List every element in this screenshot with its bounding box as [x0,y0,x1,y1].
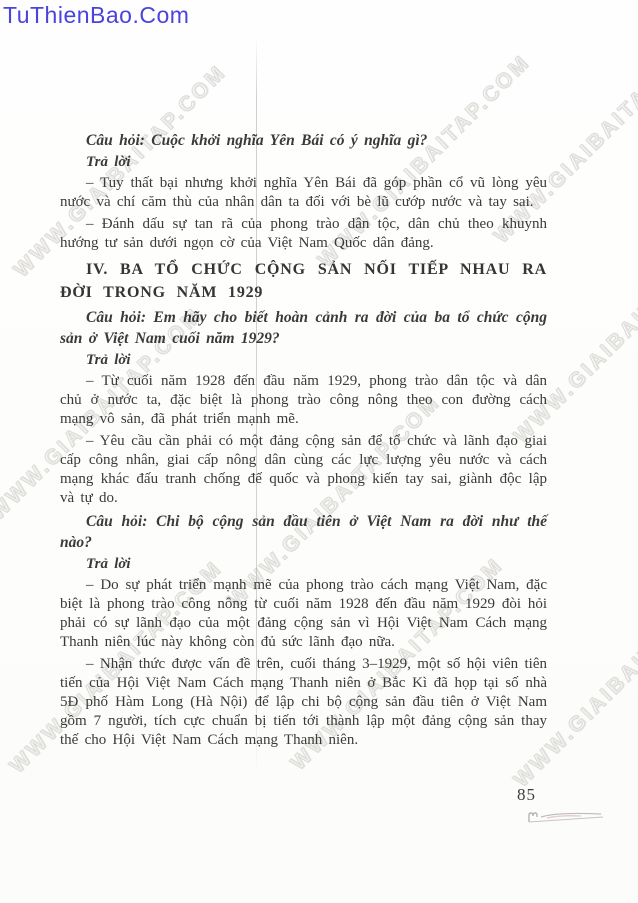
answer-label-1: Trả lời [60,153,547,172]
page-content: Câu hỏi: Cuộc khởi nghĩa Yên Bái có ý ng… [60,127,547,753]
question-3: Câu hỏi: Chi bộ cộng sản đầu tiên ở Việt… [60,511,547,553]
site-header-text: TuThienBao.Com [3,2,189,29]
answer-paragraph: – Từ cuối năm 1928 đến đầu năm 1929, pho… [60,372,547,429]
answer-label-2: Trả lời [60,351,547,370]
question-2: Câu hỏi: Em hãy cho biết hoàn cảnh ra đờ… [60,307,547,349]
answer-paragraph: – Yêu cầu cần phải có một đảng cộng sản … [60,432,547,508]
page-edge-artifact [527,808,605,826]
answer-paragraph: – Nhận thức được vấn đề trên, cuối tháng… [60,655,547,750]
answer-paragraph: – Do sự phát triển mạnh mẽ của phong trà… [60,576,547,652]
page-number: 85 [517,785,536,805]
answer-paragraph: – Đánh dấu sự tan rã của phong trào dân … [60,215,547,253]
question-1: Câu hỏi: Cuộc khởi nghĩa Yên Bái có ý ng… [60,130,547,151]
section-heading-iv: IV. BA TỔ CHỨC CỘNG SẢN NỐI TIẾP NHAU RA… [60,258,547,304]
scanned-book-page: TuThienBao.Com WWW.GIAIBAITAP.COM WWW.GI… [0,0,638,903]
answer-paragraph: – Tuy thất bại nhưng khởi nghĩa Yên Bái … [60,174,547,212]
answer-label-3: Trả lời [60,555,547,574]
